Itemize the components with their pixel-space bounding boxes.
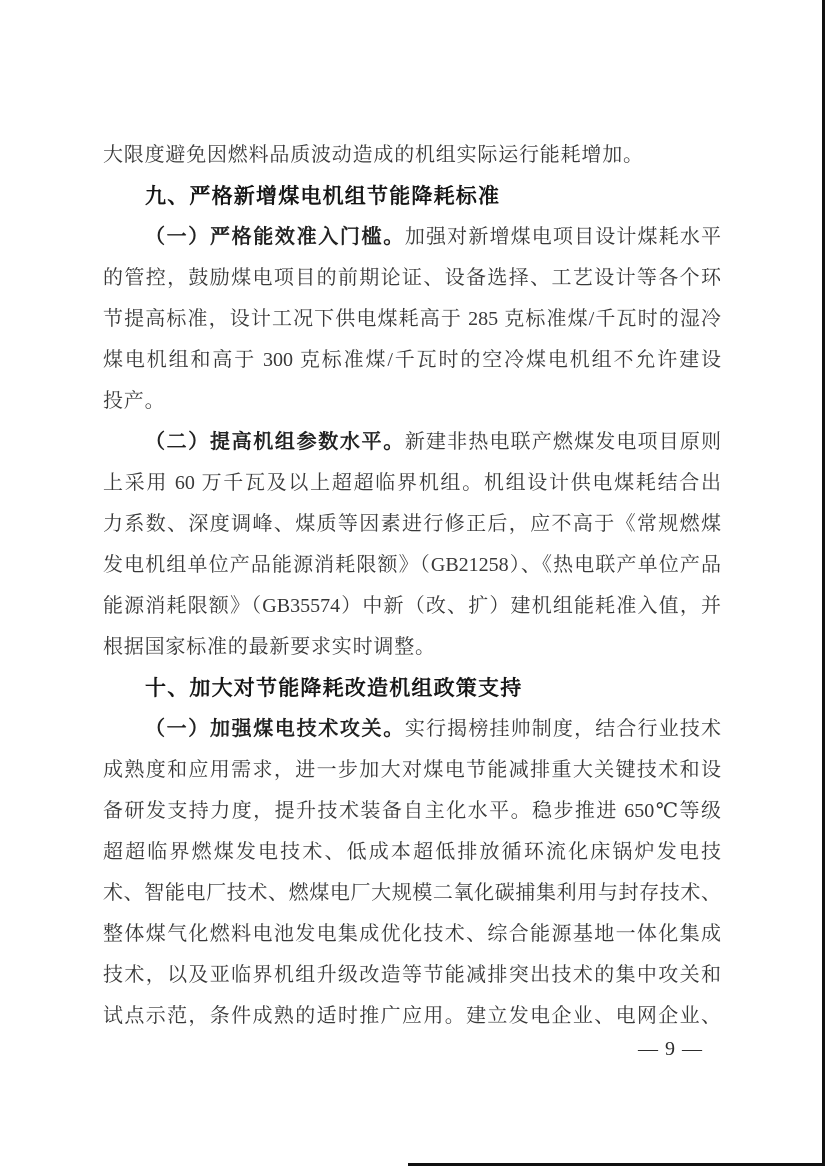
run-in-heading: （一）严格能效准入门槛。 <box>145 226 405 248</box>
text-line: （二）提高机组参数水平。新建非热电联产燃煤发电项目原则 <box>103 422 721 463</box>
text-line: 大限度避免因燃料品质波动造成的机组实际运行能耗增加。 <box>103 135 721 176</box>
text-line: （一）严格能效准入门槛。加强对新增煤电项目设计煤耗水平 <box>103 217 721 258</box>
text-line: 技术，以及亚临界机组升级改造等节能减排突出技术的集中攻关和 <box>103 955 721 996</box>
text-line: 成熟度和应用需求，进一步加大对煤电节能减排重大关键技术和设 <box>103 750 721 791</box>
line-text: 新建非热电联产燃煤发电项目原则 <box>405 431 721 453</box>
run-in-heading: （二）提高机组参数水平。 <box>145 431 405 453</box>
text-line: 煤电机组和高于 300 克标准煤/千瓦时的空冷煤电机组不允许建设 <box>103 340 721 381</box>
text-line: 能源消耗限额》（GB35574）中新（改、扩）建机组能耗准入值，并 <box>103 586 721 627</box>
text-line: 发电机组单位产品能源消耗限额》（GB21258）、《热电联产单位产品 <box>103 545 721 586</box>
text-line: 试点示范，条件成熟的适时推广应用。建立发电企业、电网企业、 <box>103 996 721 1037</box>
text-line: 投产。 <box>103 381 721 422</box>
section-heading-10: 十、加大对节能降耗改造机组政策支持 <box>103 668 721 709</box>
section-heading-9: 九、严格新增煤电机组节能降耗标准 <box>103 176 721 217</box>
scan-edge-right <box>822 0 825 1166</box>
text-line: 备研发支持力度，提升技术装备自主化水平。稳步推进 650℃等级 <box>103 791 721 832</box>
run-in-heading: （一）加强煤电技术攻关。 <box>145 718 405 740</box>
text-line: 的管控，鼓励煤电项目的前期论证、设备选择、工艺设计等各个环 <box>103 258 721 299</box>
text-line: 术、智能电厂技术、燃煤电厂大规模二氧化碳捕集利用与封存技术、 <box>103 873 721 914</box>
page-number: — 9 — <box>638 1033 703 1065</box>
text-line: 力系数、深度调峰、煤质等因素进行修正后，应不高于《常规燃煤 <box>103 504 721 545</box>
text-line: 节提高标准，设计工况下供电煤耗高于 285 克标准煤/千瓦时的湿冷 <box>103 299 721 340</box>
document-page: 大限度避免因燃料品质波动造成的机组实际运行能耗增加。 九、严格新增煤电机组节能降… <box>0 0 828 1169</box>
line-text: 实行揭榜挂帅制度，结合行业技术 <box>405 718 721 740</box>
text-line: 根据国家标准的最新要求实时调整。 <box>103 627 721 668</box>
text-line: 上采用 60 万千瓦及以上超超临界机组。机组设计供电煤耗结合出 <box>103 463 721 504</box>
text-line: 整体煤气化燃料电池发电集成优化技术、综合能源基地一体化集成 <box>103 914 721 955</box>
text-line: 超超临界燃煤发电技术、低成本超低排放循环流化床锅炉发电技 <box>103 832 721 873</box>
text-line: （一）加强煤电技术攻关。实行揭榜挂帅制度，结合行业技术 <box>103 709 721 750</box>
line-text: 加强对新增煤电项目设计煤耗水平 <box>405 226 721 248</box>
scan-edge-bottom <box>408 1163 825 1166</box>
